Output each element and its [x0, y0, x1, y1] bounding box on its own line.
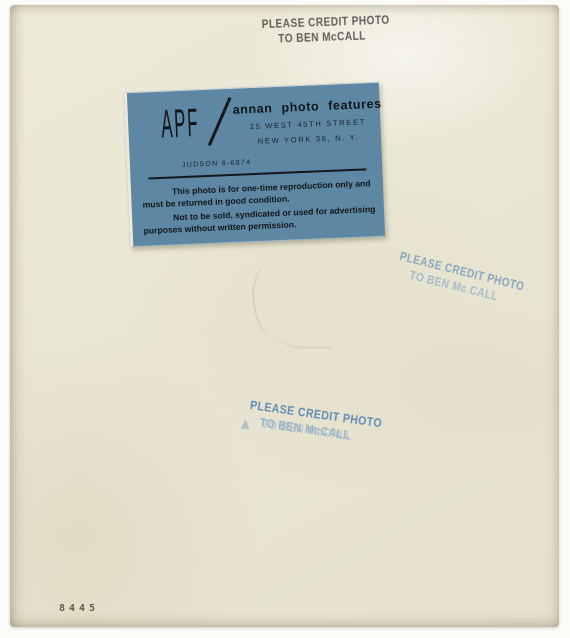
- stamp-line: TO BEN Mc CALL: [408, 270, 508, 305]
- agency-label: APF annan photo features 25 WEST 45TH ST…: [124, 82, 385, 248]
- label-header: APF annan photo features 25 WEST 45TH ST…: [127, 83, 381, 152]
- agency-address-city: NEW YORK 36, N. Y.: [234, 132, 383, 147]
- apf-logo: APF: [160, 102, 234, 150]
- agency-block: annan photo features 25 WEST 45TH STREET…: [232, 97, 383, 147]
- logo-slash-mark: [208, 97, 231, 146]
- catalog-number-stamp: 8445: [59, 603, 99, 614]
- photo-back-paper: PLEASE CREDIT PHOTO TO BEN McCALL APF an…: [10, 5, 559, 627]
- credit-stamp-right: PLEASE CREDIT PHOTO TO BEN Mc CALL: [394, 252, 525, 309]
- stamp-line: PLEASE CREDIT PHOTO: [249, 399, 367, 427]
- stamp-line: TO BEN McCALL: [278, 31, 372, 46]
- stamp-line: TO BEN McCALL: [259, 417, 367, 444]
- stamp-ink-smudge: [240, 418, 250, 430]
- stamp-line: PLEASE CREDIT PHOTO: [262, 16, 370, 31]
- agency-phone: JUDSON 6-6874: [182, 154, 382, 169]
- agency-address-street: 25 WEST 45TH STREET: [233, 117, 382, 132]
- stamp-line: PLEASE CREDIT PHOTO: [398, 252, 510, 290]
- apf-logo-letters: APF: [160, 103, 200, 144]
- label-divider: [148, 168, 366, 179]
- agency-name: annan photo features: [232, 97, 382, 117]
- photo-scan: PLEASE CREDIT PHOTO TO BEN McCALL APF an…: [0, 0, 570, 638]
- credit-stamp-top: PLEASE CREDIT PHOTO TO BEN McCALL: [262, 16, 385, 46]
- paper-crease-mark: [272, 323, 332, 348]
- credit-stamp-center: PLEASE CREDIT PHOTO TO BEN McCALL: [247, 399, 384, 445]
